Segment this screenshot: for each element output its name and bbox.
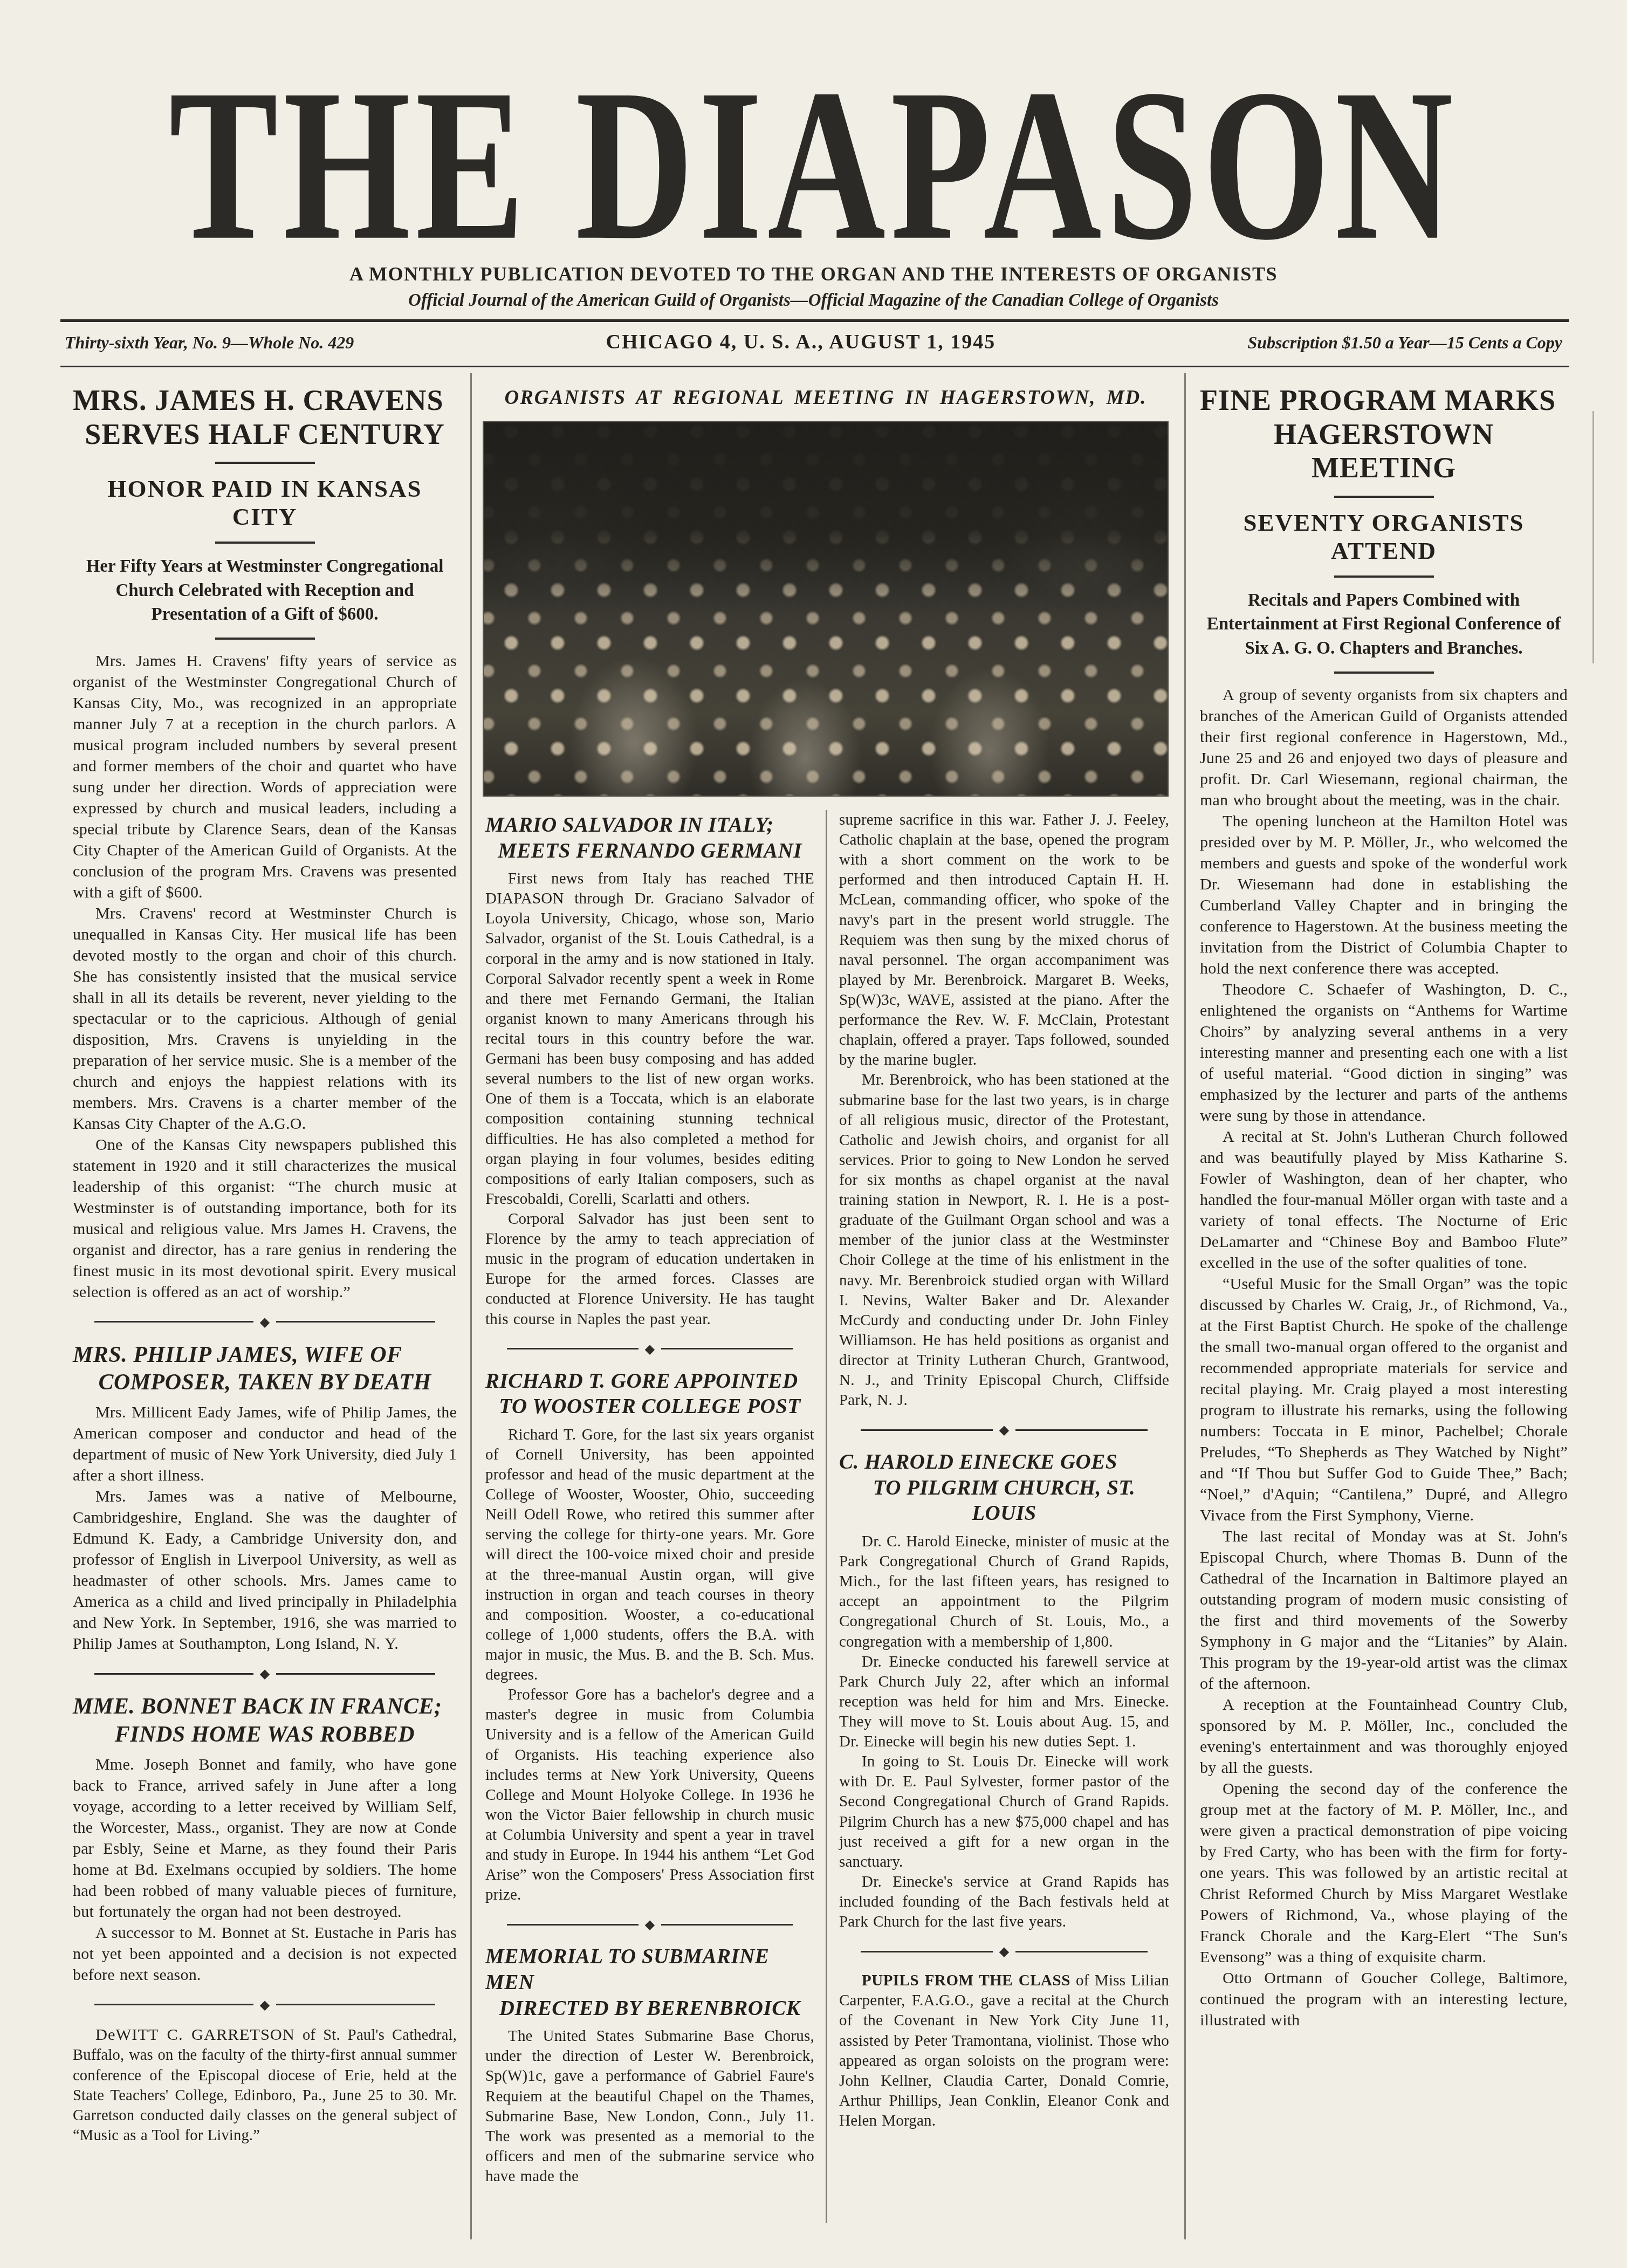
- notice-pupils: PUPILS FROM THE CLASS of Miss Lilian Car…: [839, 1971, 1169, 2131]
- masthead-rule-bottom: [60, 366, 1569, 367]
- paragraph: In going to St. Louis Dr. Einecke will w…: [839, 1752, 1169, 1872]
- ornament-line: [507, 1924, 639, 1926]
- headline-line: FINDS HOME WAS ROBBED: [73, 1721, 457, 1749]
- newspaper-front-page: THE DIAPASON A MONTHLY PUBLICATION DEVOT…: [0, 0, 1627, 2268]
- ornament-line: [276, 1321, 435, 1323]
- ornament-line: [507, 1348, 639, 1349]
- paragraph: Dr. Einecke's service at Grand Rapids ha…: [839, 1872, 1169, 1932]
- ornament-line: [661, 1924, 793, 1926]
- column-3: supreme sacrifice in this war. Father J.…: [839, 810, 1169, 2131]
- headline-line: MEMORIAL TO SUBMARINE MEN: [485, 1944, 814, 1995]
- article-hagerstown-subhead: SEVENTY ORGANISTS ATTEND: [1200, 509, 1568, 565]
- paragraph: A recital at St. John's Lutheran Church …: [1200, 1126, 1568, 1273]
- headline-rule: [1334, 575, 1434, 578]
- paragraph: Mrs. Cravens' record at Westminster Chur…: [73, 903, 457, 1134]
- diamond-ornament-icon: ◆: [260, 1315, 270, 1328]
- notice-rest: of Miss Lilian Carpenter, F.A.G.O., gave…: [839, 1972, 1169, 2129]
- ornament-divider: ◆: [861, 1945, 1148, 1958]
- diamond-ornament-icon: ◆: [999, 1423, 1009, 1436]
- ornament-divider: ◆: [94, 1998, 435, 2011]
- article-einecke: C. HAROLD EINECKE GOES TO PILGRIM CHURCH…: [839, 1449, 1169, 1932]
- headline-line: DIRECTED BY BERENBROICK: [485, 1996, 814, 2022]
- diamond-ornament-icon: ◆: [260, 1998, 270, 2011]
- article-james-obituary: MRS. PHILIP JAMES, WIFE OF COMPOSER, TAK…: [73, 1341, 457, 1654]
- headline-rule: [1334, 496, 1434, 498]
- article-cravens: MRS. JAMES H. CRAVENS SERVES HALF CENTUR…: [73, 383, 457, 1303]
- notice-rest: of St. Paul's Cathedral, Buffalo, was on…: [73, 2027, 457, 2144]
- paragraph: Mr. Berenbroick, who has been stationed …: [839, 1070, 1169, 1410]
- ornament-divider: ◆: [94, 1315, 435, 1328]
- paragraph: A reception at the Fountainhead Country …: [1200, 1694, 1568, 1778]
- article-salvador-headline: MARIO SALVADOR IN ITALY; MEETS FERNANDO …: [485, 812, 814, 864]
- headline-line: MRS. JAMES H. CRAVENS: [73, 383, 457, 417]
- ornament-line: [1015, 1429, 1148, 1431]
- paragraph: “Useful Music for the Small Organ” was t…: [1200, 1273, 1568, 1526]
- headline-line: COMPOSER, TAKEN BY DEATH: [73, 1369, 457, 1396]
- headline-line: TO WOOSTER COLLEGE POST: [485, 1394, 814, 1420]
- column-divider-2: [826, 810, 827, 2223]
- ornament-line: [1015, 1951, 1148, 1952]
- paragraph: Mrs. Millicent Eady James, wife of Phili…: [73, 1402, 457, 1486]
- ornament-line: [276, 1673, 435, 1675]
- ornament-divider: ◆: [861, 1423, 1148, 1436]
- article-bonnet: MME. BONNET BACK IN FRANCE; FINDS HOME W…: [73, 1693, 457, 1985]
- paragraph: supreme sacrifice in this war. Father J.…: [839, 810, 1169, 1070]
- article-gore-headline: RICHARD T. GORE APPOINTED TO WOOSTER COL…: [485, 1368, 814, 1420]
- article-memorial-headline: MEMORIAL TO SUBMARINE MEN DIRECTED BY BE…: [485, 1944, 814, 2021]
- paragraph: PUPILS FROM THE CLASS of Miss Lilian Car…: [839, 1971, 1169, 2131]
- ornament-line: [861, 1429, 993, 1431]
- column-4: FINE PROGRAM MARKS HAGERSTOWN MEETING SE…: [1200, 380, 1568, 2031]
- article-hagerstown-headline: FINE PROGRAM MARKS HAGERSTOWN MEETING: [1200, 383, 1568, 485]
- headline-line: TO PILGRIM CHURCH, ST. LOUIS: [839, 1475, 1169, 1526]
- city-date: CHICAGO 4, U. S. A., AUGUST 1, 1945: [606, 330, 996, 354]
- headline-line: FINE PROGRAM MARKS: [1200, 383, 1568, 417]
- notice-lead: DeWITT C. GARRETSON: [95, 2025, 295, 2044]
- article-bonnet-headline: MME. BONNET BACK IN FRANCE; FINDS HOME W…: [73, 1693, 457, 1748]
- ornament-line: [661, 1348, 793, 1349]
- article-cravens-deck: Her Fifty Years at Westminster Congregat…: [76, 554, 454, 627]
- diamond-ornament-icon: ◆: [645, 1342, 655, 1355]
- headline-line: RICHARD T. GORE APPOINTED: [485, 1368, 814, 1394]
- diamond-ornament-icon: ◆: [260, 1667, 270, 1680]
- photo-caption: ORGANISTS AT REGIONAL MEETING IN HAGERST…: [483, 386, 1169, 409]
- paragraph: Corporal Salvador has just been sent to …: [485, 1209, 814, 1330]
- ornament-divider: ◆: [94, 1667, 435, 1680]
- notice-garretson: DeWITT C. GARRETSON of St. Paul's Cathed…: [73, 2024, 457, 2146]
- paragraph: The opening luncheon at the Hamilton Hot…: [1200, 811, 1568, 979]
- scan-edge-line: [1592, 411, 1594, 663]
- article-memorial: MEMORIAL TO SUBMARINE MEN DIRECTED BY BE…: [485, 1944, 814, 2187]
- column-divider-1: [470, 373, 472, 2239]
- diamond-ornament-icon: ◆: [999, 1945, 1009, 1958]
- headline-line: HAGERSTOWN MEETING: [1200, 417, 1568, 485]
- paragraph: The last recital of Monday was at St. Jo…: [1200, 1526, 1568, 1694]
- article-hagerstown: FINE PROGRAM MARKS HAGERSTOWN MEETING SE…: [1200, 383, 1568, 2031]
- headline-line: MEETS FERNANDO GERMANI: [485, 838, 814, 864]
- article-einecke-headline: C. HAROLD EINECKE GOES TO PILGRIM CHURCH…: [839, 1449, 1169, 1526]
- paragraph: Dr. Einecke conducted his farewell servi…: [839, 1652, 1169, 1752]
- column-1: MRS. JAMES H. CRAVENS SERVES HALF CENTUR…: [73, 380, 457, 2146]
- group-photo: [483, 421, 1169, 797]
- headline-rule: [215, 542, 315, 544]
- paragraph: Theodore C. Schaefer of Washington, D. C…: [1200, 979, 1568, 1126]
- article-salvador: MARIO SALVADOR IN ITALY; MEETS FERNANDO …: [485, 812, 814, 1330]
- paragraph: DeWITT C. GARRETSON of St. Paul's Cathed…: [73, 2024, 457, 2146]
- dateline: Thirty-sixth Year, No. 9—Whole No. 429 C…: [65, 330, 1562, 354]
- masthead-rule-top: [60, 319, 1569, 322]
- paragraph: Mrs. James was a native of Melbourne, Ca…: [73, 1486, 457, 1654]
- article-james-headline: MRS. PHILIP JAMES, WIFE OF COMPOSER, TAK…: [73, 1341, 457, 1396]
- headline-rule: [215, 462, 315, 464]
- ornament-line: [94, 1321, 253, 1323]
- headline-line: MME. BONNET BACK IN FRANCE;: [73, 1693, 457, 1721]
- ornament-line: [94, 2004, 253, 2005]
- ornament-line: [94, 1673, 253, 1675]
- headline-line: MARIO SALVADOR IN ITALY;: [485, 812, 814, 838]
- article-memorial-continued: supreme sacrifice in this war. Father J.…: [839, 810, 1169, 1410]
- article-gore: RICHARD T. GORE APPOINTED TO WOOSTER COL…: [485, 1368, 814, 1906]
- paragraph: Mme. Joseph Bonnet and family, who have …: [73, 1754, 457, 1922]
- paragraph: A group of seventy organists from six ch…: [1200, 684, 1568, 811]
- paragraph: Otto Ortmann of Goucher College, Baltimo…: [1200, 1968, 1568, 2031]
- ornament-line: [276, 2004, 435, 2005]
- paragraph: First news from Italy has reached THE DI…: [485, 869, 814, 1209]
- diamond-ornament-icon: ◆: [645, 1918, 655, 1931]
- headline-rule: [215, 638, 315, 640]
- ornament-divider: ◆: [507, 1918, 793, 1931]
- paragraph: Richard T. Gore, for the last six years …: [485, 1425, 814, 1685]
- column-divider-3: [1184, 373, 1186, 2239]
- subscription-price: Subscription $1.50 a Year—15 Cents a Cop…: [1248, 333, 1562, 353]
- article-hagerstown-deck: Recitals and Papers Combined with Entert…: [1203, 588, 1564, 661]
- masthead: THE DIAPASON A MONTHLY PUBLICATION DEVOT…: [0, 62, 1627, 311]
- headline-line: SERVES HALF CENTURY: [73, 417, 457, 451]
- paragraph: One of the Kansas City newspapers publis…: [73, 1134, 457, 1303]
- article-cravens-headline: MRS. JAMES H. CRAVENS SERVES HALF CENTUR…: [73, 383, 457, 451]
- paragraph: Dr. C. Harold Einecke, minister of music…: [839, 1532, 1169, 1652]
- headline-line: MRS. PHILIP JAMES, WIFE OF: [73, 1341, 457, 1369]
- column-2: MARIO SALVADOR IN ITALY; MEETS FERNANDO …: [485, 810, 814, 2187]
- headline-rule: [1334, 672, 1434, 674]
- masthead-subtitle: Official Journal of the American Guild o…: [0, 291, 1627, 311]
- paragraph: A successor to M. Bonnet at St. Eustache…: [73, 1922, 457, 1985]
- paragraph: Opening the second day of the conference…: [1200, 1778, 1568, 1968]
- issue-number: Thirty-sixth Year, No. 9—Whole No. 429: [65, 333, 354, 353]
- paragraph: Mrs. James H. Cravens' fifty years of se…: [73, 650, 457, 903]
- ornament-line: [861, 1951, 993, 1952]
- photo-block: ORGANISTS AT REGIONAL MEETING IN HAGERST…: [483, 386, 1169, 797]
- ornament-divider: ◆: [507, 1342, 793, 1355]
- paragraph: Professor Gore has a bachelor's degree a…: [485, 1685, 814, 1905]
- headline-line: C. HAROLD EINECKE GOES: [839, 1449, 1169, 1475]
- paragraph: The United States Submarine Base Chorus,…: [485, 2026, 814, 2187]
- notice-lead: PUPILS FROM THE CLASS: [862, 1972, 1070, 1989]
- article-cravens-subhead: HONOR PAID IN KANSAS CITY: [73, 475, 457, 531]
- publication-title: THE DIAPASON: [65, 62, 1562, 268]
